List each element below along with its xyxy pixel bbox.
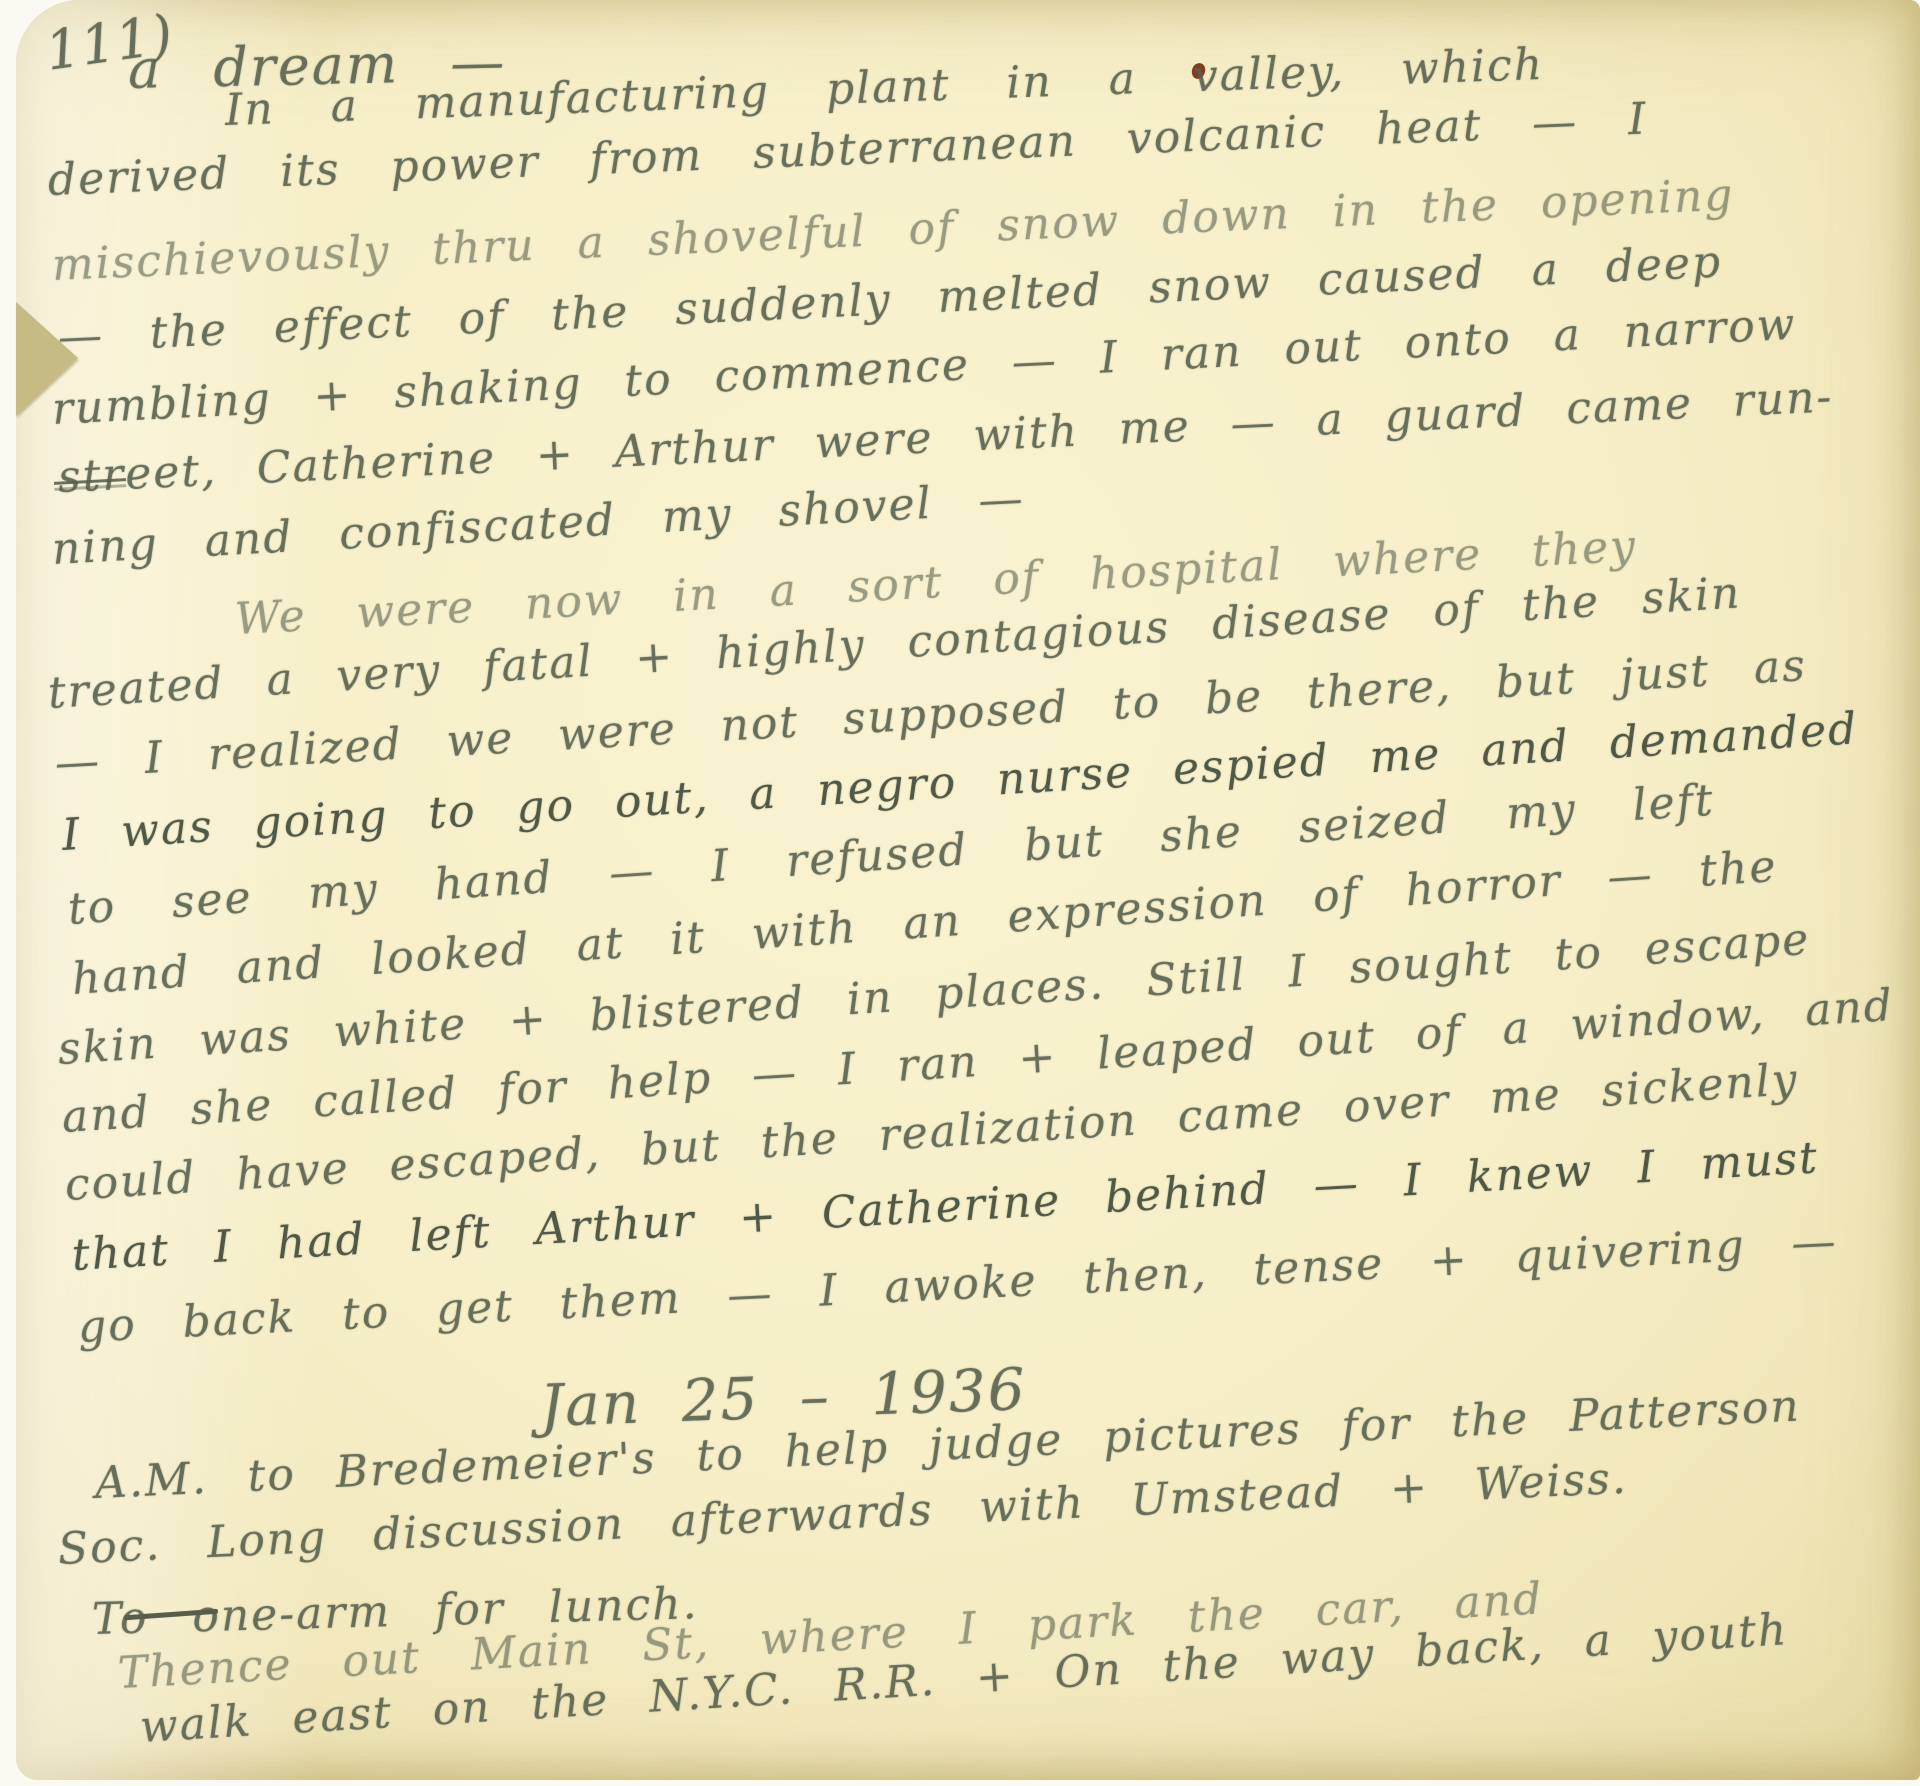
scan-background: { "page": { "number": "111)", "heading":…	[0, 0, 1920, 1786]
